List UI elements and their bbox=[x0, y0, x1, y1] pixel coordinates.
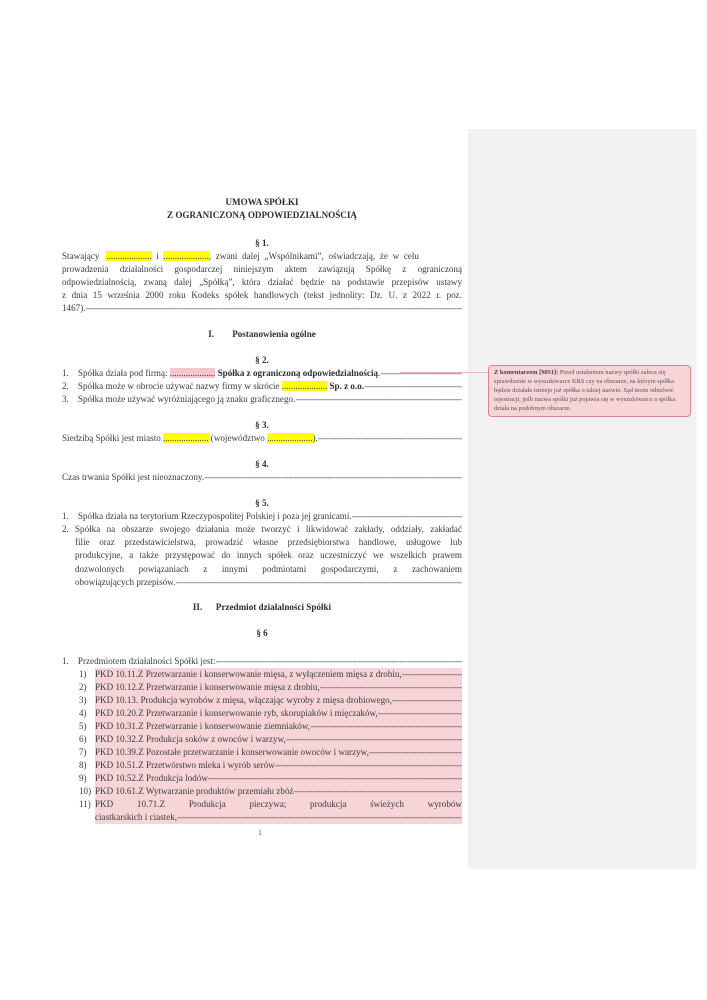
par1-line2: prowadzenia działalności gospodarczej ni… bbox=[62, 263, 462, 276]
par6-heading: § 6 bbox=[62, 627, 462, 640]
par2-item3: 3. Spółka może używać wyróżniającego ją … bbox=[62, 393, 462, 406]
par6-item1: 1. Przedmiotem działalności Spółki jest: bbox=[62, 655, 462, 668]
par3-heading: § 3. bbox=[62, 419, 462, 432]
placeholder-city[interactable]: .................... bbox=[163, 433, 208, 443]
comment-connector-line bbox=[400, 372, 488, 373]
list-item: 2)PKD 10.12.Z Przetwarzanie i konserwowa… bbox=[62, 681, 462, 694]
list-item: 4)PKD 10.20.Z Przetwarzanie i konserwowa… bbox=[62, 707, 462, 720]
placeholder-voivodeship[interactable]: .................... bbox=[267, 433, 312, 443]
list-item: 1)PKD 10.11.Z Przetwarzanie i konserwowa… bbox=[62, 668, 462, 681]
placeholder-short-name[interactable]: .................... bbox=[282, 381, 327, 391]
par3-text: Siedzibą Spółki jest miasto ............… bbox=[62, 432, 462, 445]
par5-item1: 1. Spółka działa na terytorium Rzeczypos… bbox=[62, 510, 462, 523]
list-item: 7)PKD 10.39.Z Pozostałe przetwarzanie i … bbox=[62, 746, 462, 759]
placeholder-partner2[interactable]: .................... bbox=[163, 251, 208, 261]
par1-line3: odpowiedzialnością, zwaną dalej „Spółką”… bbox=[62, 276, 462, 289]
list-item: 9)PKD 10.52.Z Produkcja lodów bbox=[62, 772, 462, 785]
par4-heading: § 4. bbox=[62, 458, 462, 471]
placeholder-partner1[interactable]: .................... bbox=[106, 251, 151, 261]
list-item: 8)PKD 10.51.Z Przetwórstwo mleka i wyrób… bbox=[62, 759, 462, 772]
par1-line1: Stawający .................... i .......… bbox=[62, 250, 462, 263]
list-item: 10)PKD 10.61.Z Wytwarzanie produktów prz… bbox=[62, 785, 462, 798]
comments-markup-pane bbox=[468, 129, 696, 868]
doc-title-line1: UMOWA SPÓŁKI bbox=[62, 196, 462, 209]
document-page: UMOWA SPÓŁKI Z OGRANICZONĄ ODPOWIEDZIALN… bbox=[0, 0, 707, 1000]
list-item-continuation: ciastkarskich i ciastek, bbox=[62, 811, 462, 824]
list-item: 3)PKD 10.13. Produkcja wyrobów z mięsa, … bbox=[62, 694, 462, 707]
par2-item2: 2. Spółka może w obrocie używać nazwy fi… bbox=[62, 380, 462, 393]
par1-heading: § 1. bbox=[62, 237, 462, 250]
section2-heading: II. Przedmiot działalności Spółki bbox=[62, 601, 462, 614]
page-number: 1 bbox=[258, 828, 262, 837]
par4-text: Czas trwania Spółki jest nieoznaczony. bbox=[62, 471, 462, 484]
par1-line4: z dnia 15 września 2000 roku Kodeks spół… bbox=[62, 289, 462, 302]
comment-author: Z komentarzem [MS1]: bbox=[494, 369, 558, 376]
par5-heading: § 5. bbox=[62, 497, 462, 510]
placeholder-company-name[interactable]: .................... bbox=[170, 368, 215, 378]
pkd-list: 1)PKD 10.11.Z Przetwarzanie i konserwowa… bbox=[62, 668, 462, 824]
comment-balloon[interactable]: Z komentarzem [MS1]: Przed ustaleniem na… bbox=[488, 365, 691, 417]
list-item: 11)PKD 10.71.Z Produkcja pieczywa; produ… bbox=[62, 798, 462, 811]
par2-heading: § 2. bbox=[62, 354, 462, 367]
section1-heading: I. Postanowienia ogólne bbox=[62, 328, 462, 341]
list-item: 6)PKD 10.32.Z Produkcja soków z owoców i… bbox=[62, 733, 462, 746]
doc-title-line2: Z OGRANICZONĄ ODPOWIEDZIALNOŚCIĄ bbox=[62, 209, 462, 222]
par2-item1: 1. Spółka działa pod firmą: ............… bbox=[62, 367, 462, 380]
par5-item2: 2. Spółka na obszarze swojego działania … bbox=[62, 523, 462, 589]
list-item: 5)PKD 10.31.Z Przetwarzanie i konserwowa… bbox=[62, 720, 462, 733]
par1-line5: 1467). bbox=[62, 302, 462, 315]
